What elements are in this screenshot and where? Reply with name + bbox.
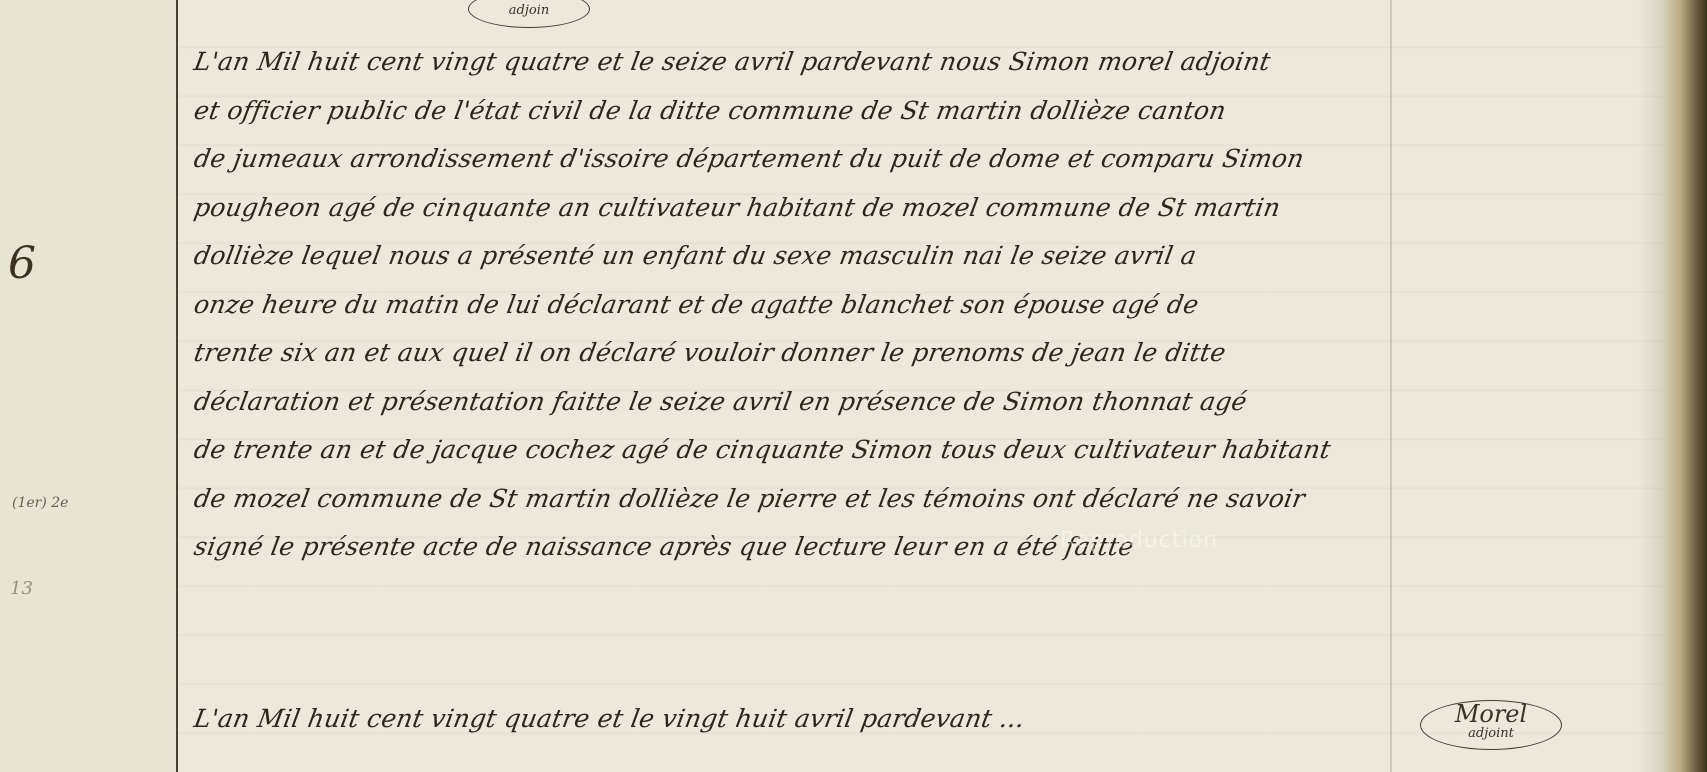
- record-line: de mozel commune de St martin dollièze l…: [190, 475, 1669, 524]
- margin-annotation: (1er) 2e: [12, 495, 68, 511]
- record-line: onze heure du matin de lui déclarant et …: [190, 281, 1669, 330]
- reproduction-watermark: Reproduction: [1060, 528, 1218, 553]
- record-line: de trente an et de jacque cochez agé de …: [190, 426, 1669, 475]
- record-line: L'an Mil huit cent vingt quatre et le vi…: [190, 695, 1399, 744]
- record-line: signé le présente acte de naissance aprè…: [190, 523, 1669, 572]
- record-line: pougheon agé de cinquante an cultivateur…: [190, 184, 1669, 233]
- document-page: 6 (1er) 2e 13 adjoin L'an Mil huit cent …: [0, 0, 1707, 772]
- signature-block: Morel adjoint: [1420, 700, 1562, 750]
- signature-name: Morel: [1421, 703, 1561, 725]
- record-line: et officier public de l'état civil de la…: [190, 87, 1669, 136]
- book-binding: [1663, 0, 1707, 772]
- margin-annotation-faded: 13: [10, 578, 33, 599]
- adjoint-flourish-top: adjoin: [468, 0, 590, 28]
- margin-rule: [176, 0, 178, 772]
- next-record: L'an Mil huit cent vingt quatre et le vi…: [190, 695, 1390, 744]
- record-body: L'an Mil huit cent vingt quatre et le se…: [190, 38, 1660, 572]
- record-line: de jumeaux arrondissement d'issoire dépa…: [190, 135, 1669, 184]
- record-line: déclaration et présentation faitte le se…: [190, 378, 1669, 427]
- record-line: trente six an et aux quel il on déclaré …: [190, 329, 1669, 378]
- left-margin: [0, 0, 176, 772]
- record-line: dollièze lequel nous a présenté un enfan…: [190, 232, 1669, 281]
- record-line: L'an Mil huit cent vingt quatre et le se…: [190, 38, 1669, 87]
- signature-title: adjoint: [1468, 726, 1514, 741]
- entry-number: 6: [8, 238, 36, 289]
